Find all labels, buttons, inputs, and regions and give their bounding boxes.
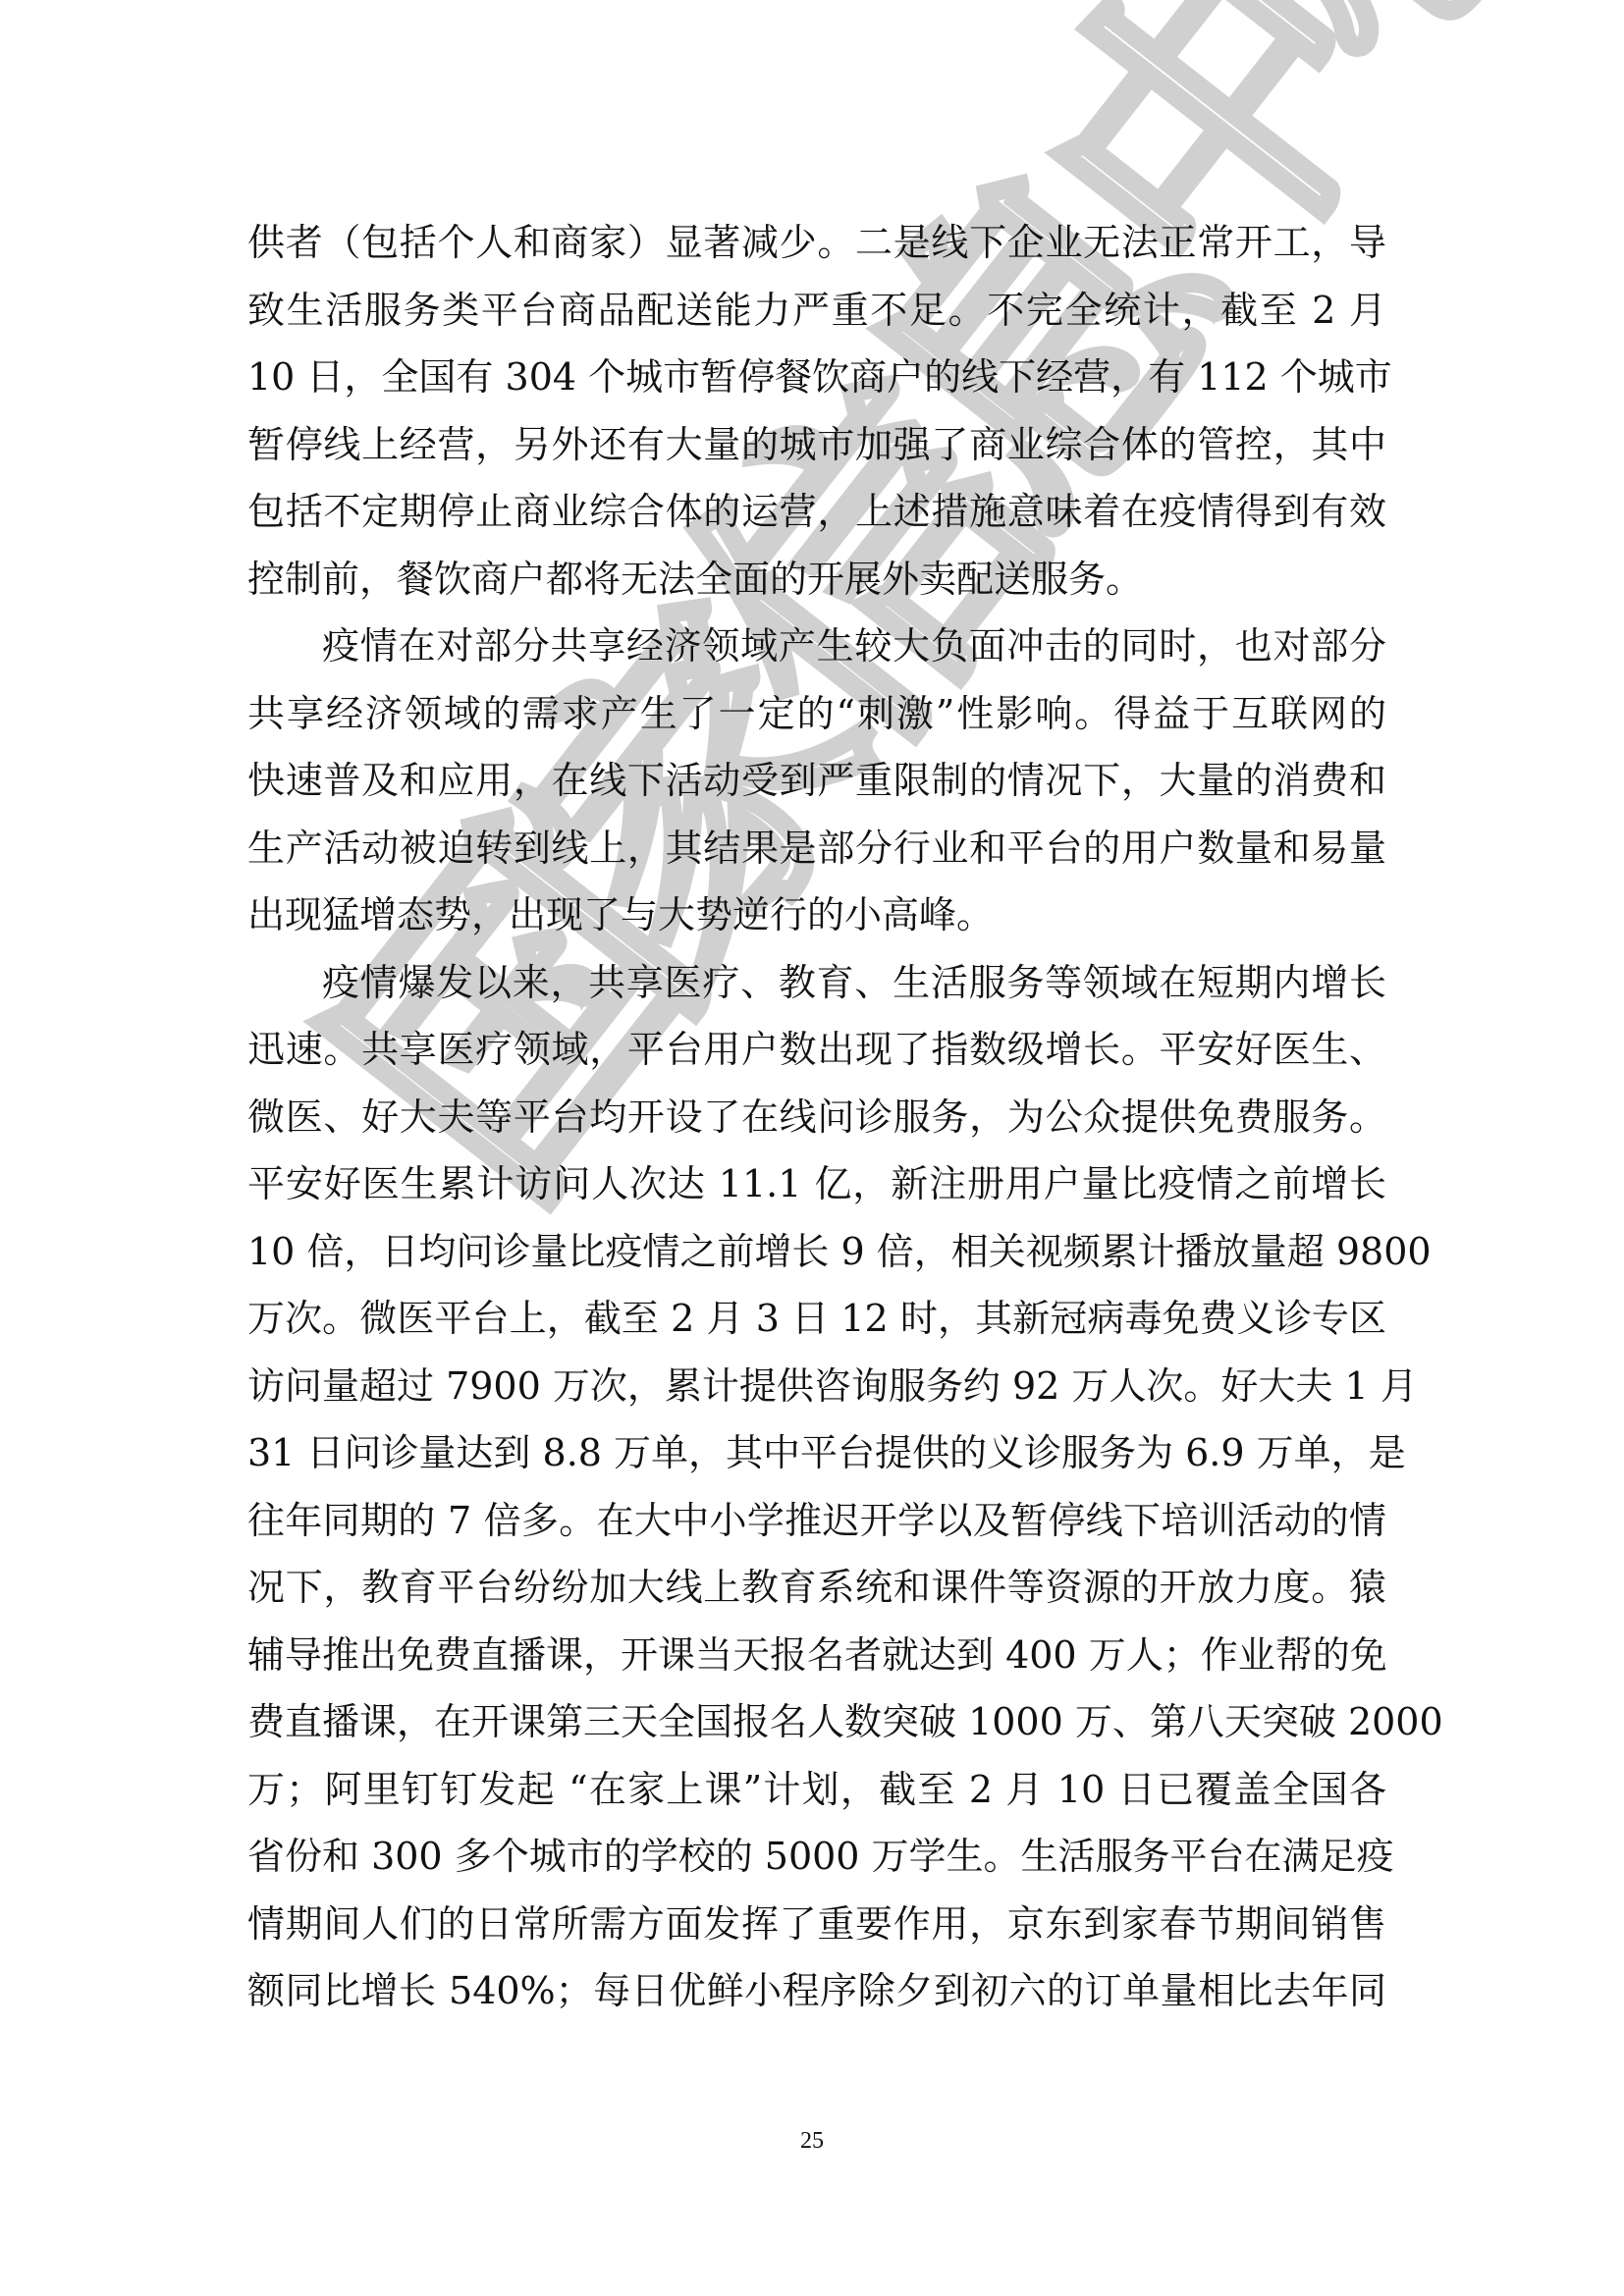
text-line: 访问量超过 7900 万次，累计提供咨询服务约 92 万人次。好大夫 1 月 [247, 1353, 1386, 1420]
text-line: 况下，教育平台纷纷加大线上教育系统和课件等资源的开放力度。猿 [247, 1554, 1386, 1622]
text-line: 控制前，餐饮商户都将无法全面的开展外卖配送服务。 [247, 546, 1386, 614]
text-line: 疫情在对部分共享经济领域产生较大负面冲击的同时，也对部分 [247, 613, 1386, 680]
text-line: 迅速。共享医疗领域，平台用户数出现了指数级增长。平安好医生、 [247, 1016, 1386, 1084]
text-line: 包括不定期停止商业综合体的运营，上述措施意味着在疫情得到有效 [247, 478, 1386, 546]
text-line: 生产活动被迫转到线上，其结果是部分行业和平台的用户数量和易量 [247, 815, 1386, 882]
text-line: 出现猛增态势，出现了与大势逆行的小高峰。 [247, 881, 1386, 949]
text-line: 31 日问诊量达到 8.8 万单，其中平台提供的义诊服务为 6.9 万单，是 [247, 1419, 1386, 1487]
document-page: 国家信息中心 供者（包括个人和商家）显著减少。二是线下企业无法正常开工，导 致生… [0, 0, 1624, 2296]
text-line: 10 倍，日均问诊量比疫情之前增长 9 倍，相关视频累计播放量超 9800 [247, 1218, 1386, 1286]
text-line: 暂停线上经营，另外还有大量的城市加强了商业综合体的管控，其中 [247, 411, 1386, 479]
text-line: 万；阿里钉钉发起 “在家上课”计划，截至 2 月 10 日已覆盖全国各 [247, 1756, 1386, 1824]
text-line: 致生活服务类平台商品配送能力严重不足。不完全统计，截至 2 月 [247, 277, 1386, 345]
page-number: 25 [0, 2128, 1624, 2155]
text-line: 10 日，全国有 304 个城市暂停餐饮商户的线下经营，有 112 个城市 [247, 344, 1386, 411]
text-line: 费直播课，在开课第三天全国报名人数突破 1000 万、第八天突破 2000 [247, 1688, 1386, 1756]
paragraph: 疫情爆发以来，共享医疗、教育、生活服务等领域在短期内增长 迅速。共享医疗领域，平… [247, 949, 1386, 2025]
text-line: 额同比增长 540%；每日优鲜小程序除夕到初六的订单量相比去年同 [247, 1957, 1386, 2025]
text-line: 快速普及和应用，在线下活动受到严重限制的情况下，大量的消费和 [247, 747, 1386, 815]
text-line: 共享经济领域的需求产生了一定的“刺激”性影响。得益于互联网的 [247, 680, 1386, 748]
paragraph: 供者（包括个人和商家）显著减少。二是线下企业无法正常开工，导 致生活服务类平台商… [247, 209, 1386, 613]
text-line: 情期间人们的日常所需方面发挥了重要作用，京东到家春节期间销售 [247, 1891, 1386, 1958]
text-line: 往年同期的 7 倍多。在大中小学推迟开学以及暂停线下培训活动的情 [247, 1487, 1386, 1555]
text-line: 供者（包括个人和商家）显著减少。二是线下企业无法正常开工，导 [247, 209, 1386, 277]
text-line: 辅导推出免费直播课，开课当天报名者就达到 400 万人；作业帮的免 [247, 1622, 1386, 1689]
text-line: 省份和 300 多个城市的学校的 5000 万学生。生活服务平台在满足疫 [247, 1823, 1386, 1891]
text-line: 万次。微医平台上，截至 2 月 3 日 12 时，其新冠病毒免费义诊专区 [247, 1285, 1386, 1353]
text-line: 微医、好大夫等平台均开设了在线问诊服务，为公众提供免费服务。 [247, 1084, 1386, 1151]
body-text: 供者（包括个人和商家）显著减少。二是线下企业无法正常开工，导 致生活服务类平台商… [247, 209, 1386, 2025]
text-line: 疫情爆发以来，共享医疗、教育、生活服务等领域在短期内增长 [247, 949, 1386, 1017]
text-line: 平安好医生累计访问人次达 11.1 亿，新注册用户量比疫情之前增长 [247, 1150, 1386, 1218]
paragraph: 疫情在对部分共享经济领域产生较大负面冲击的同时，也对部分 共享经济领域的需求产生… [247, 613, 1386, 949]
